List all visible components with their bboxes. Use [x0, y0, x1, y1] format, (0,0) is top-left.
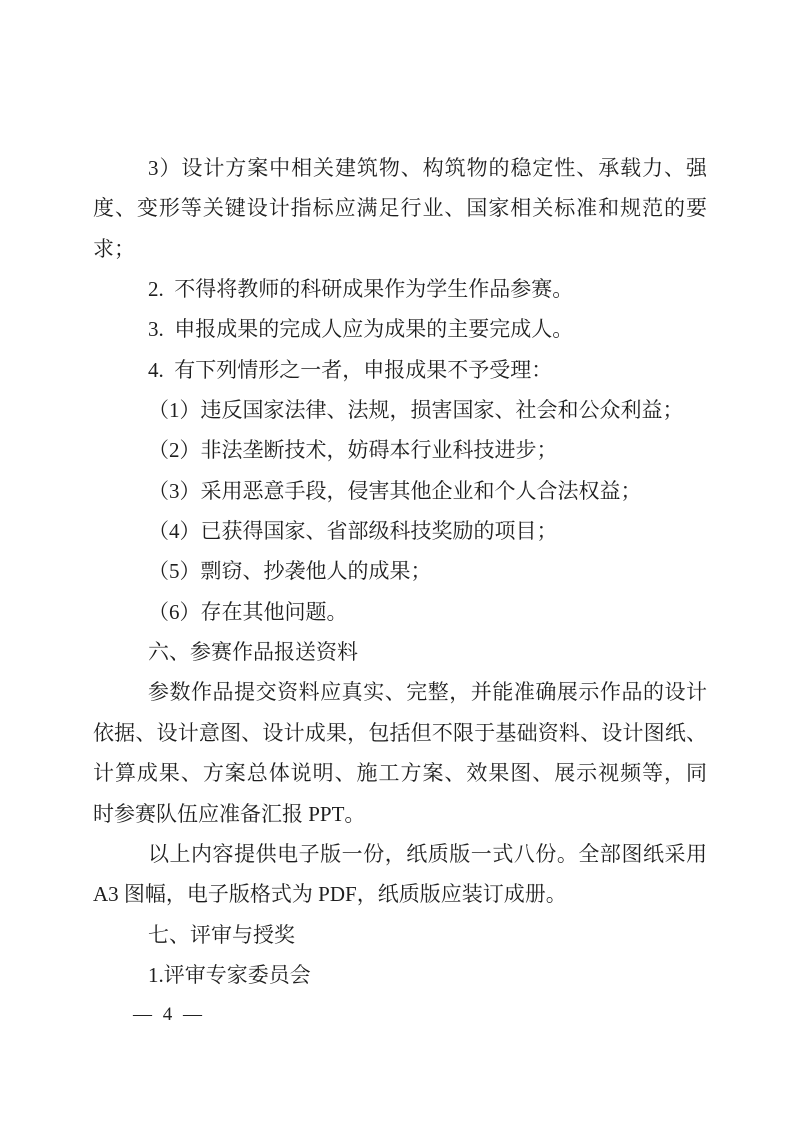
- text-line: 求；: [93, 229, 707, 269]
- text-line: （1）违反国家法律、法规，损害国家、社会和公众利益；: [93, 390, 707, 430]
- document-body: 3）设计方案中相关建筑物、构筑物的稳定性、承载力、强度、变形等关键设计指标应满足…: [93, 148, 707, 995]
- text-line: 1.评审专家委员会: [93, 955, 707, 995]
- page-number: — 4 —: [133, 1000, 205, 1030]
- text-line: 以上内容提供电子版一份，纸质版一式八份。全部图纸采用: [93, 834, 707, 874]
- text-line: 2. 不得将教师的科研成果作为学生作品参赛。: [93, 269, 707, 309]
- text-line: （5）剽窃、抄袭他人的成果；: [93, 551, 707, 591]
- section-heading: 七、评审与授奖: [93, 915, 707, 955]
- section-heading: 六、参赛作品报送资料: [93, 632, 707, 672]
- text-line: 3）设计方案中相关建筑物、构筑物的稳定性、承载力、强: [93, 148, 707, 188]
- text-line: 依据、设计意图、设计成果，包括但不限于基础资料、设计图纸、: [93, 713, 707, 753]
- document-page: 3）设计方案中相关建筑物、构筑物的稳定性、承载力、强度、变形等关键设计指标应满足…: [0, 0, 800, 1131]
- text-line: 度、变形等关键设计指标应满足行业、国家相关标准和规范的要: [93, 188, 707, 228]
- text-line: （2）非法垄断技术，妨碍本行业科技进步；: [93, 430, 707, 470]
- text-line: A3 图幅，电子版格式为 PDF，纸质版应装订成册。: [93, 874, 707, 914]
- text-line: 计算成果、方案总体说明、施工方案、效果图、展示视频等，同: [93, 753, 707, 793]
- text-line: 3. 申报成果的完成人应为成果的主要完成人。: [93, 309, 707, 349]
- text-line: 时参赛队伍应准备汇报 PPT。: [93, 794, 707, 834]
- text-line: （3）采用恶意手段，侵害其他企业和个人合法权益；: [93, 471, 707, 511]
- text-line: 4. 有下列情形之一者，申报成果不予受理：: [93, 350, 707, 390]
- text-line: （4）已获得国家、省部级科技奖励的项目；: [93, 511, 707, 551]
- text-line: 参数作品提交资料应真实、完整，并能准确展示作品的设计: [93, 672, 707, 712]
- text-line: （6）存在其他问题。: [93, 592, 707, 632]
